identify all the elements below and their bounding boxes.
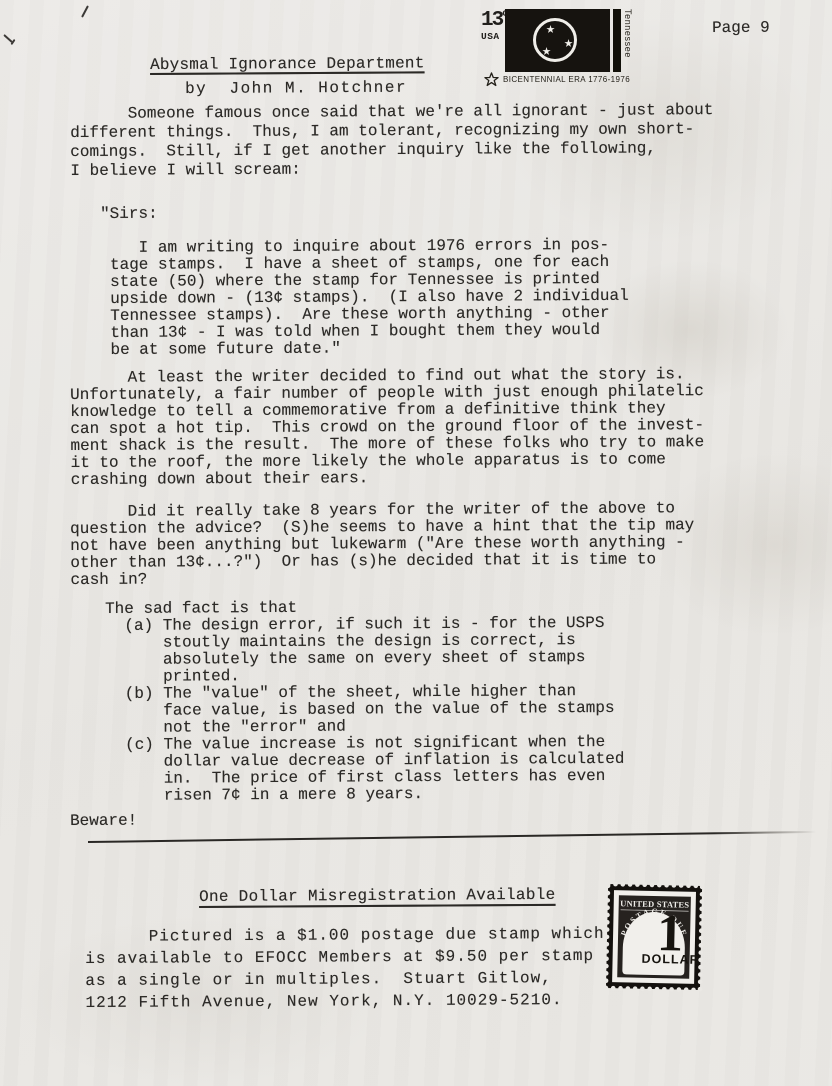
tennessee-stamp-graphic: 13¢ USA ★ ★ ★ Tennessee BICENTENNIAL ERA… <box>470 6 645 98</box>
sad-facts-list: The sad fact is that (a) The design erro… <box>105 598 625 805</box>
question-paragraph: Did it really take 8 years for the write… <box>70 500 695 589</box>
footer-heading: One Dollar Misregistration Available <box>199 887 556 906</box>
dollar-stamp-art: UNITED STATES POSTAGE DUE 1 DOLLAR <box>603 881 705 993</box>
star-icon: ★ <box>546 22 555 37</box>
star-icon: ★ <box>564 36 573 51</box>
page-number: Page 9 <box>712 20 770 37</box>
denomination-value: 13 <box>481 9 502 32</box>
article-byline: by John M. Hotchner <box>185 80 407 98</box>
article-title: Abysmal Ignorance Department <box>150 55 425 74</box>
state-label: Tennessee <box>623 9 633 58</box>
footer-paragraph: Pictured is a $1.00 postage due stamp wh… <box>85 923 605 1014</box>
bicentennial-caption: BICENTENNIAL ERA 1776-1976 <box>503 75 630 84</box>
flag-side-bar <box>613 9 621 72</box>
stamp-caption-row: BICENTENNIAL ERA 1776-1976 <box>484 72 630 87</box>
section-divider-rule <box>88 831 816 843</box>
tennessee-flag: ★ ★ ★ <box>505 9 610 72</box>
dollar-postage-due-stamp-graphic: UNITED STATES POSTAGE DUE 1 DOLLAR <box>603 881 705 998</box>
bicentennial-logo-icon <box>484 72 499 87</box>
story-paragraph: At least the writer decided to find out … <box>70 366 704 489</box>
pen-mark <box>81 5 89 17</box>
star-icon: ★ <box>542 44 551 59</box>
intro-paragraph: Someone famous once said that we're all … <box>70 101 714 181</box>
warning-text: Beware! <box>70 813 137 830</box>
quoted-letter: "Sirs: I am writing to inquire about 197… <box>100 203 629 359</box>
overprint-unit: DOLLAR <box>641 952 699 967</box>
scanned-newsletter-page: Page 9 Abysmal Ignorance Department by J… <box>0 0 832 1086</box>
